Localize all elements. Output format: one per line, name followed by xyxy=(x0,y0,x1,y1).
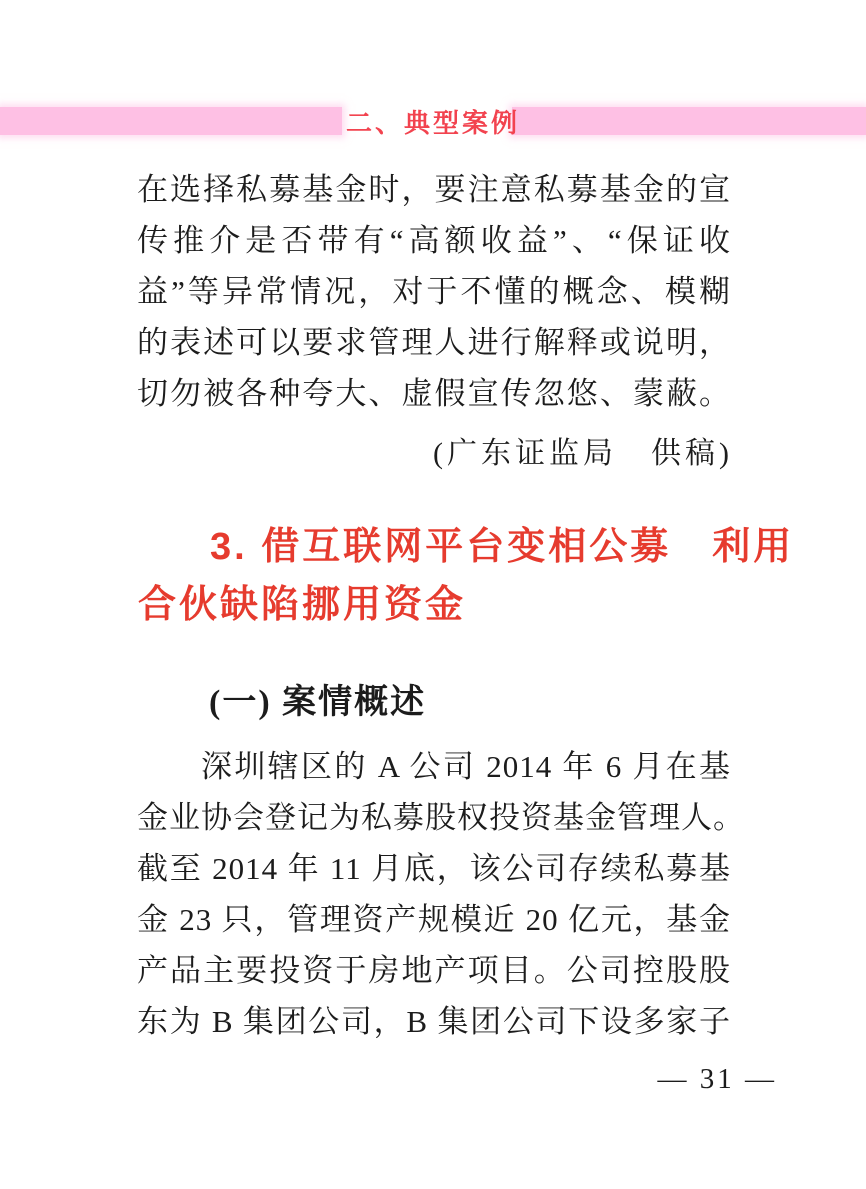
page-number: — 31 — xyxy=(658,1063,778,1096)
paragraph-case-summary: 深圳辖区的 A 公司 2014 年 6 月在基 金业协会登记为私募股权投资基金管… xyxy=(137,741,731,1047)
attribution-line: (广东证监局 供稿) xyxy=(137,428,733,472)
body-line: 产品主要投资于房地产项目。公司控股股 xyxy=(137,945,731,996)
section-heading-line2: 合伙缺陷挪用资金 xyxy=(138,576,734,634)
body-line: 传推介是否带有“高额收益”、“保证收 xyxy=(137,215,731,266)
section-heading-line1: 3. 借互联网平台变相公募 利用 xyxy=(138,518,734,576)
section-heading: 3. 借互联网平台变相公募 利用 合伙缺陷挪用资金 xyxy=(138,518,734,634)
body-line: 在选择私募基金时，要注意私募基金的宣 xyxy=(137,164,731,215)
chapter-header-title: 二、典型案例 xyxy=(0,103,866,140)
body-line: 金业协会登记为私募股权投资基金管理人。 xyxy=(137,792,731,843)
body-line: 金 23 只，管理资产规模近 20 亿元，基金 xyxy=(137,894,731,945)
body-line: 切勿被各种夸大、虚假宣传忽悠、蒙蔽。 xyxy=(137,368,731,419)
body-line: 的表述可以要求管理人进行解释或说明， xyxy=(137,317,731,368)
body-line: 深圳辖区的 A 公司 2014 年 6 月在基 xyxy=(137,741,731,792)
body-line: 截至 2014 年 11 月底，该公司存续私募基 xyxy=(137,843,731,894)
body-line: 东为 B 集团公司，B 集团公司下设多家子 xyxy=(137,996,731,1047)
book-page: 二、典型案例 在选择私募基金时，要注意私募基金的宣 传推介是否带有“高额收益”、… xyxy=(0,0,866,1189)
paragraph-advice: 在选择私募基金时，要注意私募基金的宣 传推介是否带有“高额收益”、“保证收 益”… xyxy=(137,164,731,419)
body-line: 益”等异常情况，对于不懂的概念、模糊 xyxy=(137,266,731,317)
subsection-heading: (一) 案情概述 xyxy=(209,674,426,723)
